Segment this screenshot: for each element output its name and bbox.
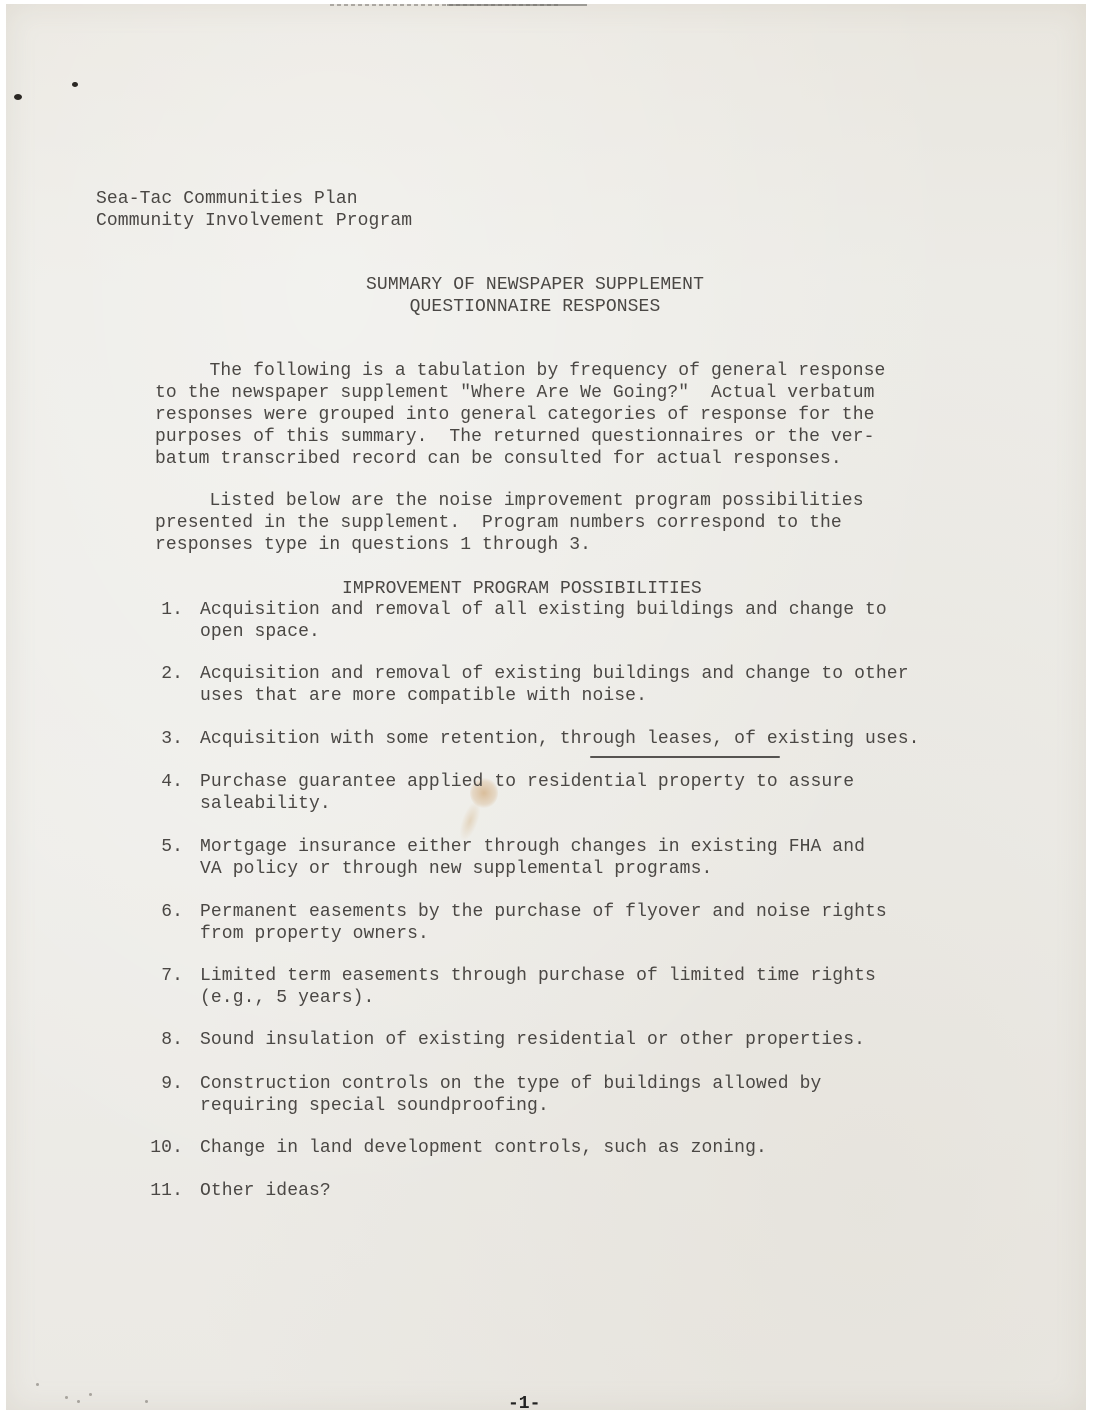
list-item-number: 8.: [143, 1029, 183, 1051]
list-item-number: 2.: [143, 663, 183, 685]
intro-line: responses were grouped into general cate…: [155, 404, 875, 426]
list-item-number: 3.: [143, 728, 183, 750]
document-subtitle: QUESTIONNAIRE RESPONSES: [0, 296, 1070, 318]
handwritten-underline: [590, 756, 780, 758]
list-item-text: uses that are more compatible with noise…: [200, 685, 647, 707]
list-item-text: Mortgage insurance either through change…: [200, 836, 865, 858]
list-item-text: Purchase guarantee applied to residentia…: [200, 771, 854, 793]
list-item-number: 4.: [143, 771, 183, 793]
scan-edge-mark: [447, 4, 587, 6]
list-item-number: 7.: [143, 965, 183, 987]
list-item-text: requiring special soundproofing.: [200, 1095, 549, 1117]
speck: [77, 1400, 80, 1403]
header-program-line: Community Involvement Program: [96, 210, 412, 232]
list-item-text: from property owners.: [200, 923, 429, 945]
list-item-text: Acquisition with some retention, through…: [200, 728, 920, 750]
list-item-text: open space.: [200, 621, 320, 643]
list-item-text: (e.g., 5 years).: [200, 987, 374, 1009]
intro-line: to the newspaper supplement "Where Are W…: [155, 382, 875, 404]
speck: [36, 1383, 39, 1386]
list-item-text: Other ideas?: [200, 1180, 331, 1202]
list-item-text: Permanent easements by the purchase of f…: [200, 901, 887, 923]
list-item-text: Acquisition and removal of existing buil…: [200, 663, 909, 685]
punch-mark: [72, 82, 78, 87]
list-item-text: Acquisition and removal of all existing …: [200, 599, 887, 621]
speck: [145, 1400, 148, 1403]
intro-line: The following is a tabulation by frequen…: [155, 360, 885, 382]
listed-line: presented in the supplement. Program num…: [155, 512, 842, 534]
speck: [65, 1396, 68, 1399]
list-item-text: saleability.: [200, 793, 331, 815]
list-item-number: 6.: [143, 901, 183, 923]
listed-line: responses type in questions 1 through 3.: [155, 534, 591, 556]
list-item-text: Construction controls on the type of bui…: [200, 1073, 821, 1095]
intro-line: purposes of this summary. The returned q…: [155, 426, 875, 448]
section-heading: IMPROVEMENT PROGRAM POSSIBILITIES: [342, 578, 702, 600]
speck: [89, 1393, 92, 1396]
page-number: -1-: [508, 1394, 540, 1414]
list-item-number: 10.: [143, 1137, 183, 1159]
punch-mark: [14, 94, 22, 100]
list-item-text: Limited term easements through purchase …: [200, 965, 876, 987]
list-item-text: Sound insulation of existing residential…: [200, 1029, 865, 1051]
list-item-number: 1.: [143, 599, 183, 621]
document-title: SUMMARY OF NEWSPAPER SUPPLEMENT: [0, 274, 1070, 296]
list-item-number: 9.: [143, 1073, 183, 1095]
list-item-text: Change in land development controls, suc…: [200, 1137, 767, 1159]
header-org-line: Sea-Tac Communities Plan: [96, 188, 358, 210]
list-item-number: 11.: [143, 1180, 183, 1202]
list-item-number: 5.: [143, 836, 183, 858]
listed-line: Listed below are the noise improvement p…: [155, 490, 864, 512]
list-item-text: VA policy or through new supplemental pr…: [200, 858, 712, 880]
intro-line: batum transcribed record can be consulte…: [155, 448, 842, 470]
